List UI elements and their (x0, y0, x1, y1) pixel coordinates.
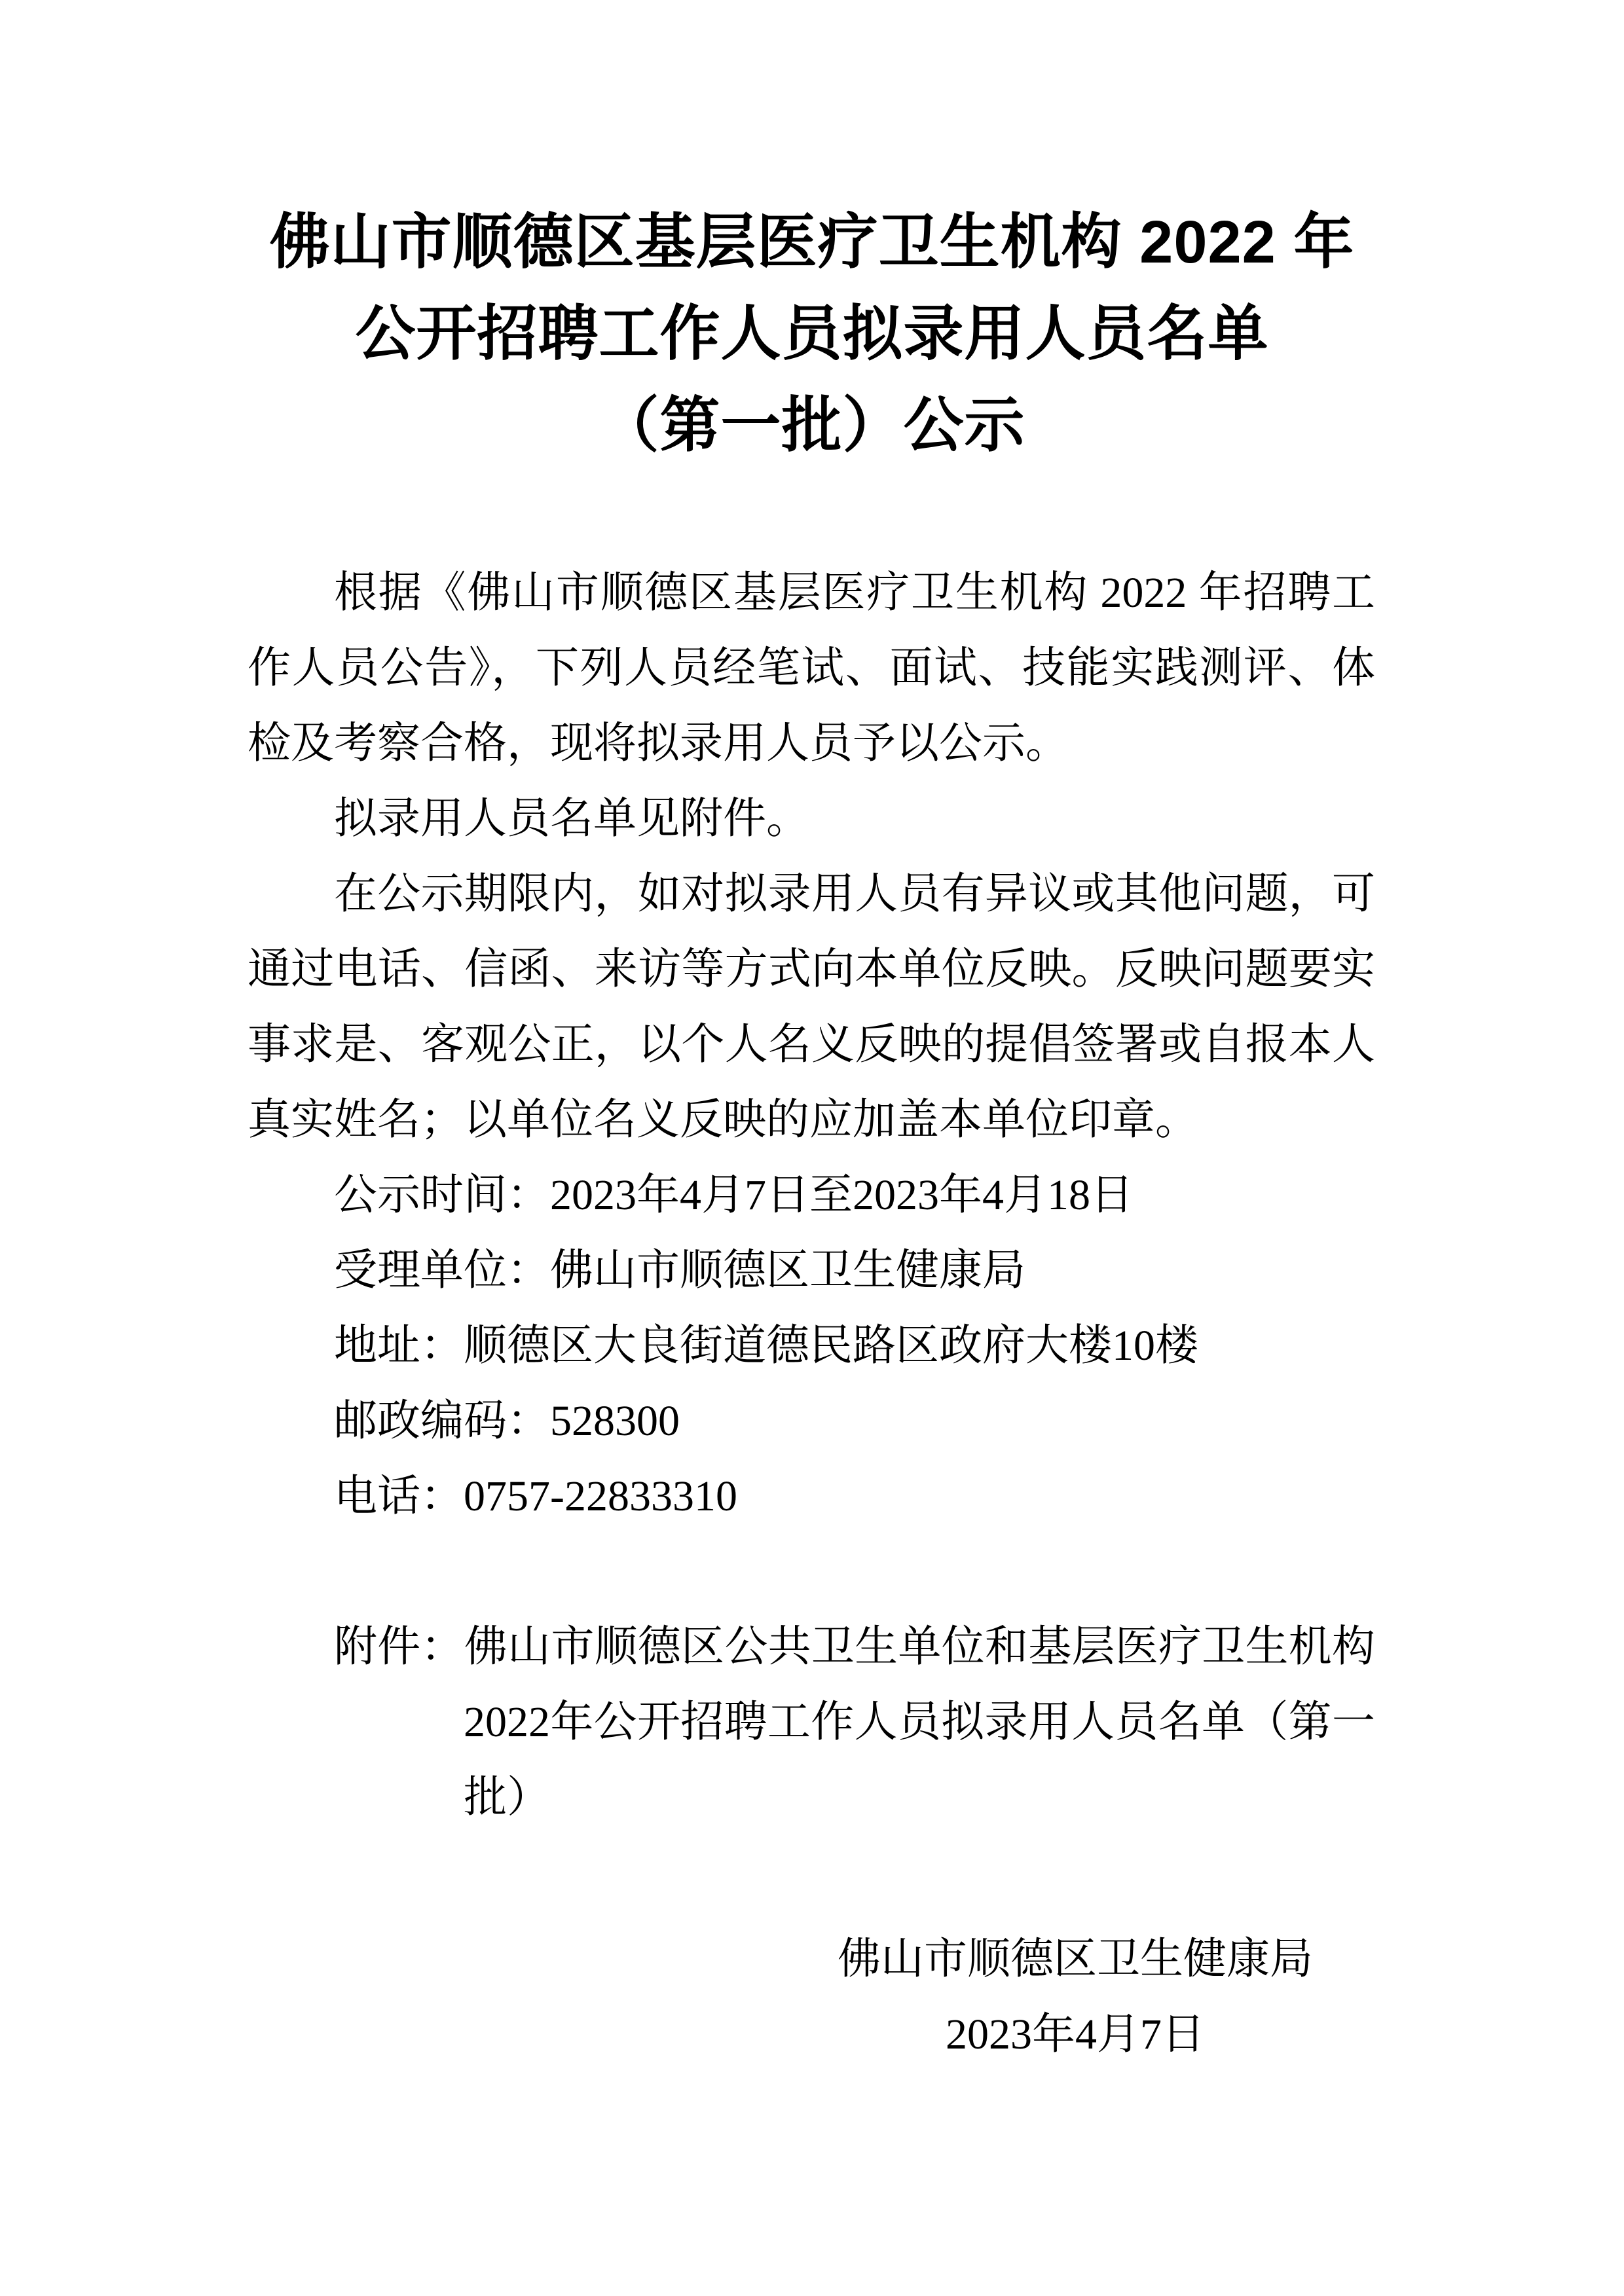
info-label: 受理单位： (334, 1247, 550, 1294)
document-body: 根据《佛山市顺德区基层医疗卫生机构 2022 年招聘工作人员公告》，下列人员经笔… (248, 555, 1375, 1835)
info-value: 0757-22833310 (464, 1472, 737, 1520)
paragraph-basis: 根据《佛山市顺德区基层医疗卫生机构 2022 年招聘工作人员公告》，下列人员经笔… (248, 555, 1375, 781)
attachment-reference: 附件：佛山市顺德区公共卫生单位和基层医疗卫生机构2022年公开招聘工作人员拟录用… (248, 1609, 1375, 1835)
info-label: 公示时间： (334, 1171, 550, 1219)
info-value: 顺德区大良街道德民路区政府大楼10楼 (464, 1322, 1198, 1370)
info-value: 2023年4月7日至2023年4月18日 (550, 1171, 1134, 1219)
title-line-1: 佛山市顺德区基层医疗卫生机构 2022 年 (0, 196, 1624, 288)
attachment-text: 佛山市顺德区公共卫生单位和基层医疗卫生机构2022年公开招聘工作人员拟录用人员名… (464, 1623, 1375, 1821)
info-line-publicity-period: 公示时间：2023年4月7日至2023年4月18日 (248, 1157, 1375, 1233)
issuing-authority: 佛山市顺德区卫生健康局 (838, 1922, 1313, 1997)
info-line-accepting-unit: 受理单位：佛山市顺德区卫生健康局 (248, 1233, 1375, 1308)
signature-block: 佛山市顺德区卫生健康局 2023年4月7日 (0, 1922, 1375, 2072)
info-value: 佛山市顺德区卫生健康局 (550, 1247, 1025, 1294)
info-line-address: 地址：顺德区大良街道德民路区政府大楼10楼 (248, 1308, 1375, 1383)
info-line-postal-code: 邮政编码：528300 (248, 1383, 1375, 1459)
paragraph-objection: 在公示期限内，如对拟录用人员有异议或其他问题，可通过电话、信函、来访等方式向本单… (248, 856, 1375, 1157)
issue-date: 2023年4月7日 (838, 1997, 1313, 2072)
title-line-2: 公开招聘工作人员拟录用人员名单 (0, 288, 1624, 380)
info-value: 528300 (550, 1397, 680, 1445)
signature-inner: 佛山市顺德区卫生健康局 2023年4月7日 (838, 1922, 1313, 2072)
document-page: 佛山市顺德区基层医疗卫生机构 2022 年 公开招聘工作人员拟录用人员名单 （第… (0, 0, 1624, 2296)
info-label: 地址： (334, 1322, 464, 1370)
info-label: 邮政编码： (334, 1397, 550, 1445)
document-title: 佛山市顺德区基层医疗卫生机构 2022 年 公开招聘工作人员拟录用人员名单 （第… (0, 0, 1624, 471)
attachment-label: 附件： (334, 1623, 464, 1671)
info-line-phone: 电话：0757-22833310 (248, 1459, 1375, 1534)
title-line-3: （第一批）公示 (0, 380, 1624, 471)
paragraph-attachment-note: 拟录用人员名单见附件。 (248, 781, 1375, 856)
info-label: 电话： (334, 1472, 464, 1520)
